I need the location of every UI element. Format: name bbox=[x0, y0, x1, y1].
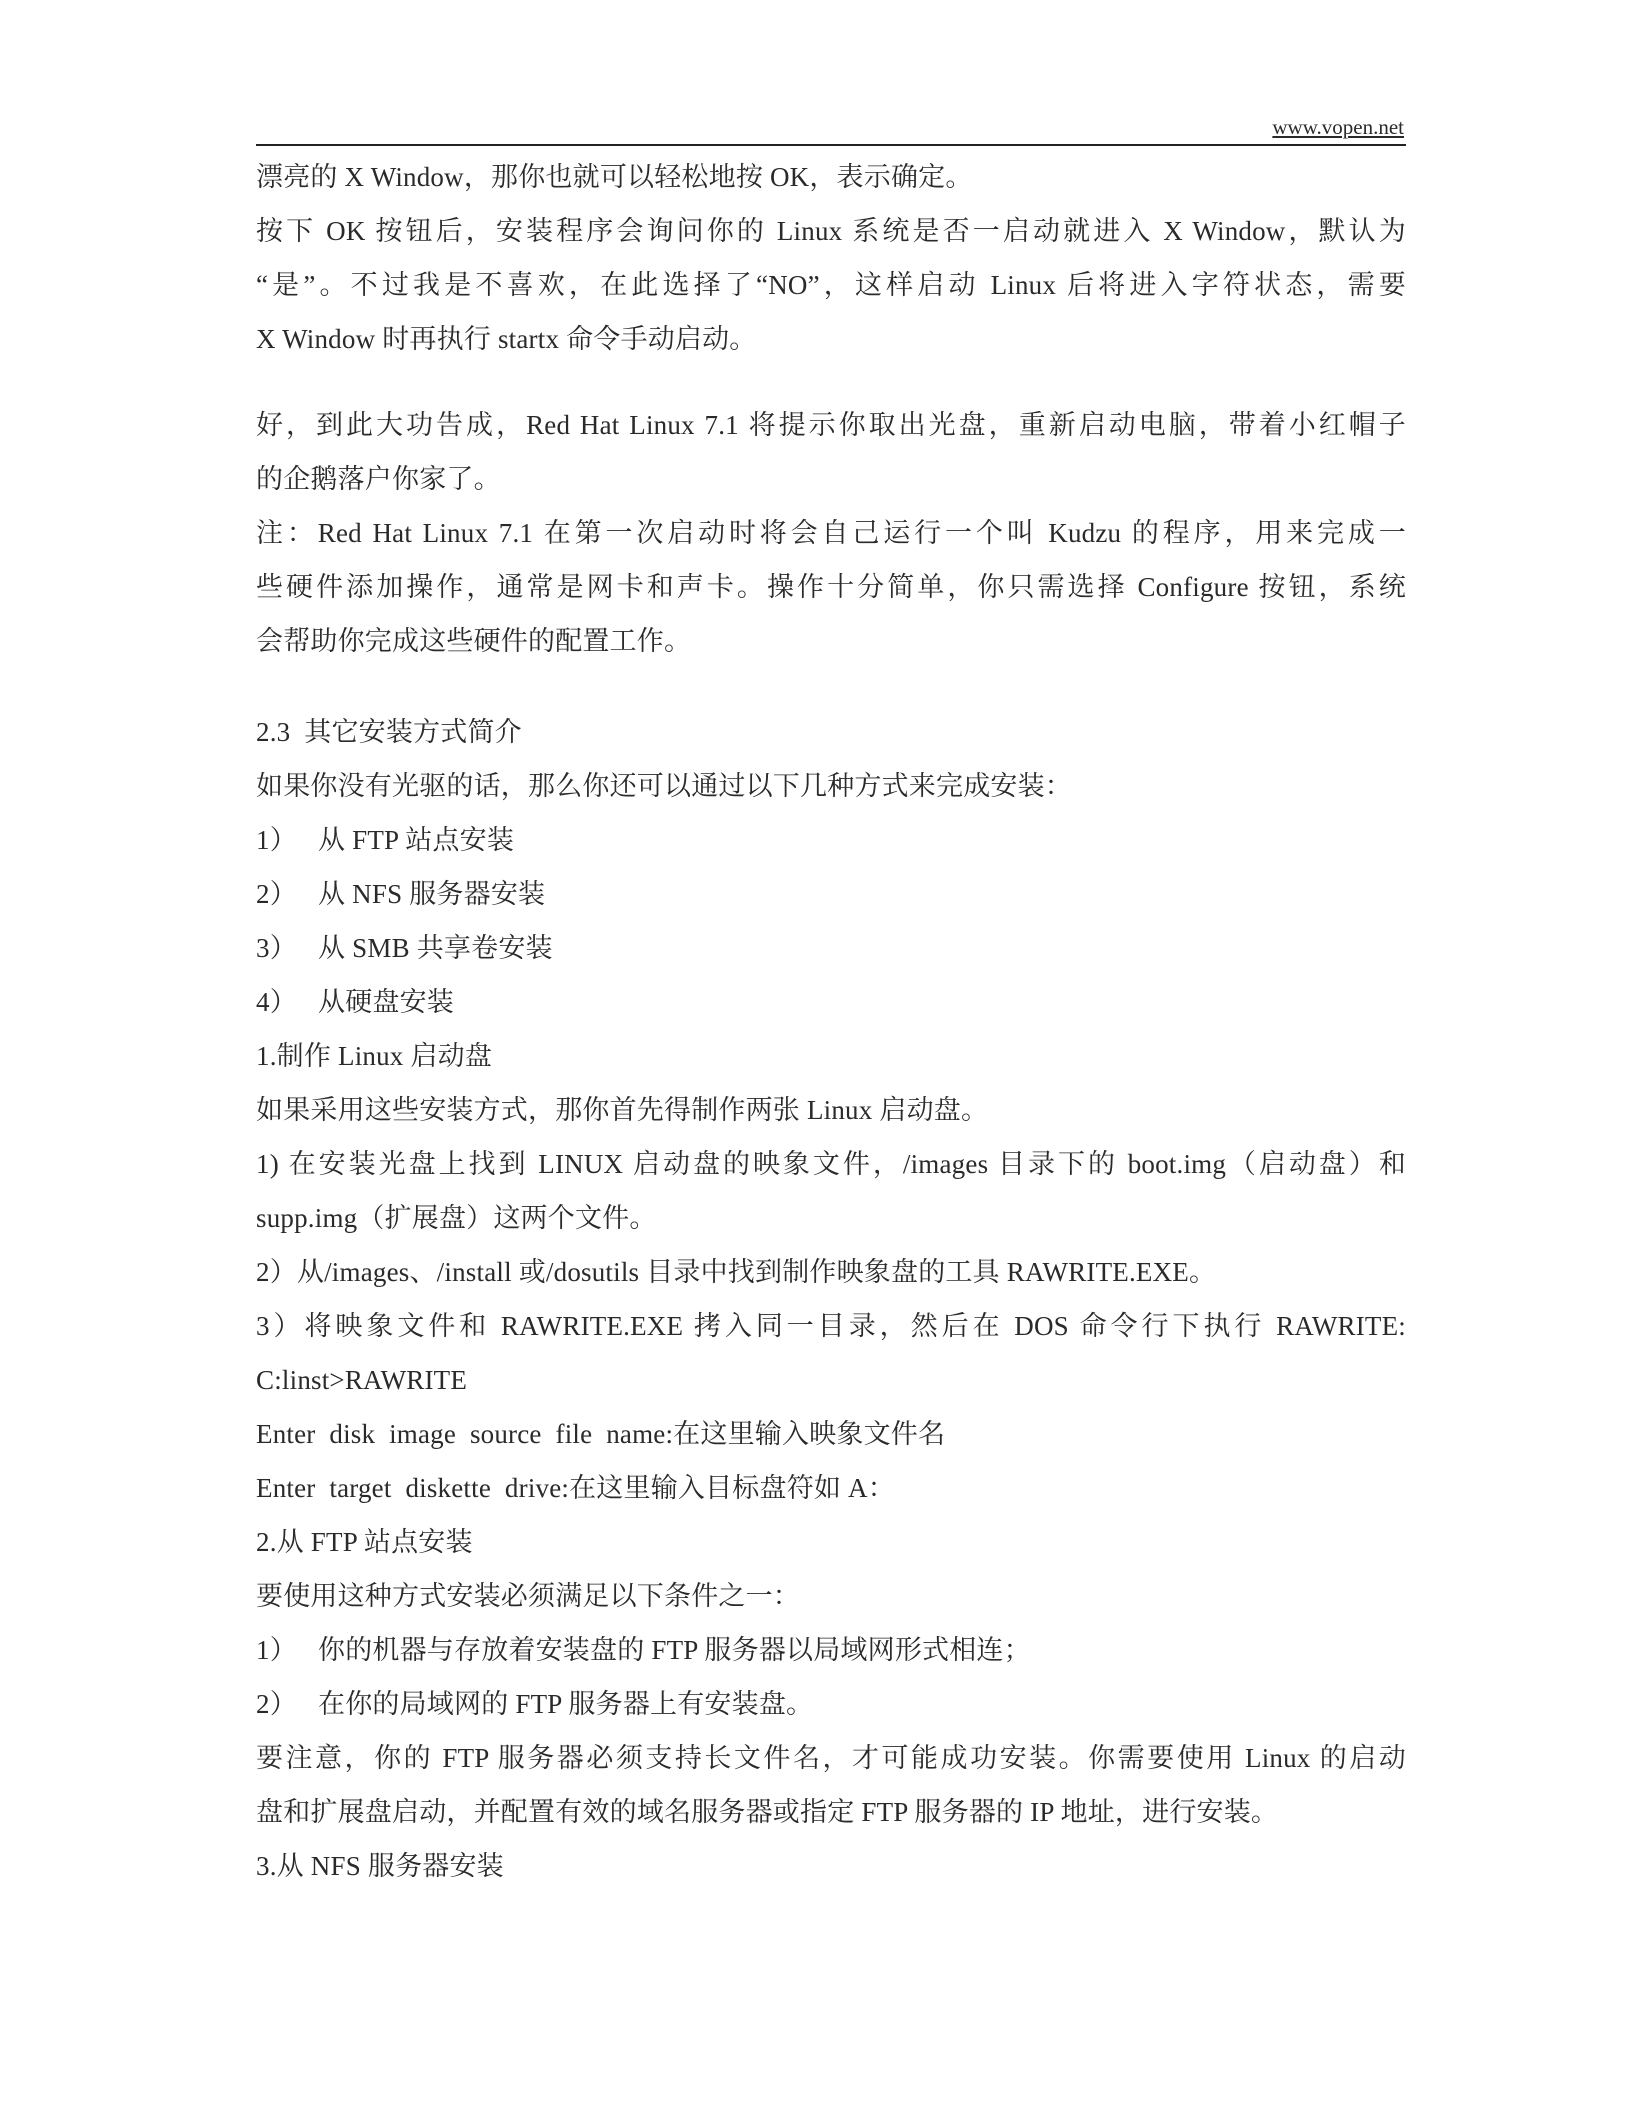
list-text: 从 SMB 共享卷安装 bbox=[318, 921, 1406, 975]
list-text: 在你的局域网的 FTP 服务器上有安装盘。 bbox=[318, 1677, 1406, 1731]
list-text: 从 NFS 服务器安装 bbox=[318, 867, 1406, 921]
list-number: 2） bbox=[256, 1677, 318, 1731]
command-prompt: C:linst>RAWRITE bbox=[256, 1353, 1406, 1407]
note-line: 会帮助你完成这些硬件的配置工作。 bbox=[256, 614, 1406, 668]
section-intro: 如果你没有光驱的话，那么你还可以通过以下几种方式来完成安装： bbox=[256, 759, 1406, 813]
method-list-item: 4） 从硬盘安装 bbox=[256, 975, 1406, 1029]
condition-list-item: 1） 你的机器与存放着安装盘的 FTP 服务器以局域网形式相连； bbox=[256, 1623, 1406, 1677]
list-text: 从硬盘安装 bbox=[318, 975, 1406, 1029]
step-line: 2）从/images、/install 或/dosutils 目录中找到制作映象… bbox=[256, 1245, 1406, 1299]
step-line: supp.img（扩展盘）这两个文件。 bbox=[256, 1191, 1406, 1245]
paragraph-line: 的企鹅落户你家了。 bbox=[256, 452, 1406, 506]
subsection-heading: 2.从 FTP 站点安装 bbox=[256, 1515, 1406, 1569]
step-line: 1) 在安装光盘上找到 LINUX 启动盘的映象文件，/images 目录下的 … bbox=[256, 1137, 1406, 1191]
note-line: 注：Red Hat Linux 7.1 在第一次启动时将会自己运行一个叫 Kud… bbox=[256, 506, 1406, 560]
paragraph-line: 按下 OK 按钮后，安装程序会询问你的 Linux 系统是否一启动就进入 X W… bbox=[256, 204, 1406, 258]
paragraph-line: 好，到此大功告成，Red Hat Linux 7.1 将提示你取出光盘，重新启动… bbox=[256, 398, 1406, 452]
list-text: 从 FTP 站点安装 bbox=[318, 813, 1406, 867]
command-line: Enter disk image source file name:在这里输入映… bbox=[256, 1407, 1406, 1461]
method-list-item: 3） 从 SMB 共享卷安装 bbox=[256, 921, 1406, 975]
note-line: 盘和扩展盘启动，并配置有效的域名服务器或指定 FTP 服务器的 IP 地址，进行… bbox=[256, 1785, 1406, 1839]
subsection-heading: 1.制作 Linux 启动盘 bbox=[256, 1029, 1406, 1083]
document-body: 漂亮的 X Window，那你也就可以轻松地按 OK，表示确定。 按下 OK 按… bbox=[256, 150, 1406, 1893]
list-number: 4） bbox=[256, 975, 318, 1029]
page-header: www.vopen.net bbox=[256, 112, 1406, 146]
method-list-item: 2） 从 NFS 服务器安装 bbox=[256, 867, 1406, 921]
step-line: 3）将映象文件和 RAWRITE.EXE 拷入同一目录，然后在 DOS 命令行下… bbox=[256, 1299, 1406, 1353]
subsection-heading: 3.从 NFS 服务器安装 bbox=[256, 1839, 1406, 1893]
condition-list-item: 2） 在你的局域网的 FTP 服务器上有安装盘。 bbox=[256, 1677, 1406, 1731]
list-number: 1） bbox=[256, 1623, 318, 1677]
list-number: 1） bbox=[256, 813, 318, 867]
paragraph-line: “是”。不过我是不喜欢，在此选择了“NO”，这样启动 Linux 后将进入字符状… bbox=[256, 258, 1406, 312]
method-list-item: 1） 从 FTP 站点安装 bbox=[256, 813, 1406, 867]
paragraph-line: 漂亮的 X Window，那你也就可以轻松地按 OK，表示确定。 bbox=[256, 150, 1406, 204]
command-line: Enter target diskette drive:在这里输入目标盘符如 A… bbox=[256, 1461, 1406, 1515]
paragraph-gap bbox=[256, 668, 1406, 705]
subsection-intro: 要使用这种方式安装必须满足以下条件之一： bbox=[256, 1569, 1406, 1623]
list-number: 3） bbox=[256, 921, 318, 975]
paragraph-gap bbox=[256, 366, 1406, 398]
paragraph-line: X Window 时再执行 startx 命令手动启动。 bbox=[256, 312, 1406, 366]
site-link[interactable]: www.vopen.net bbox=[1272, 115, 1404, 140]
note-line: 些硬件添加操作，通常是网卡和声卡。操作十分简单，你只需选择 Configure … bbox=[256, 560, 1406, 614]
list-number: 2） bbox=[256, 867, 318, 921]
list-text: 你的机器与存放着安装盘的 FTP 服务器以局域网形式相连； bbox=[318, 1623, 1406, 1677]
subsection-intro: 如果采用这些安装方式，那你首先得制作两张 Linux 启动盘。 bbox=[256, 1083, 1406, 1137]
note-line: 要注意，你的 FTP 服务器必须支持长文件名，才可能成功安装。你需要使用 Lin… bbox=[256, 1731, 1406, 1785]
section-heading: 2.3 其它安装方式简介 bbox=[256, 705, 1406, 759]
